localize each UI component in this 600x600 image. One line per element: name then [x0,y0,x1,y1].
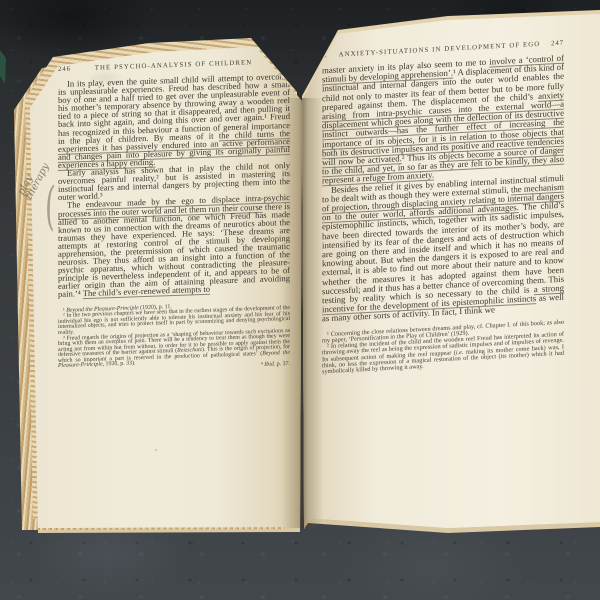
photo-of-open-book: 246 THE PSYCHO-ANALYSIS OF CHILDREN CH. … [0,0,600,600]
right-page: X ANXIETY-SITUATIONS IN DEVELOPMENT OF E… [298,10,600,534]
right-page-footnotes: ¹ Concerning the close relations between… [322,319,564,375]
left-running-title: THE PSYCHO-ANALYSIS OF CHILDREN [95,59,252,71]
left-page: 246 THE PSYCHO-ANALYSIS OF CHILDREN CH. … [6,44,304,534]
paragraph: The endeavour made by the ego to displac… [58,193,290,298]
pencil-parenthesis-mark: ( [44,176,56,237]
left-page-text: 246 THE PSYCHO-ANALYSIS OF CHILDREN CH. … [58,58,290,376]
book-gutter-shadow [282,98,324,528]
right-page-text: X ANXIETY-SITUATIONS IN DEVELOPMENT OF E… [322,40,564,376]
left-page-number: 246 [58,66,71,73]
right-page-body: master anxiety in its play also seem to … [322,54,564,324]
paragraph: Besides the relief it gives by enabling … [322,173,564,324]
left-page-footnotes: ¹ Beyond the Pleasure-Principle (1920), … [58,300,290,375]
right-page-number: 247 [551,40,564,48]
paragraph: In its play, even the quite small child … [58,72,290,169]
left-page-body: In its play, even the quite small child … [58,72,290,299]
paragraph: master anxiety in its play also seem to … [322,54,564,186]
